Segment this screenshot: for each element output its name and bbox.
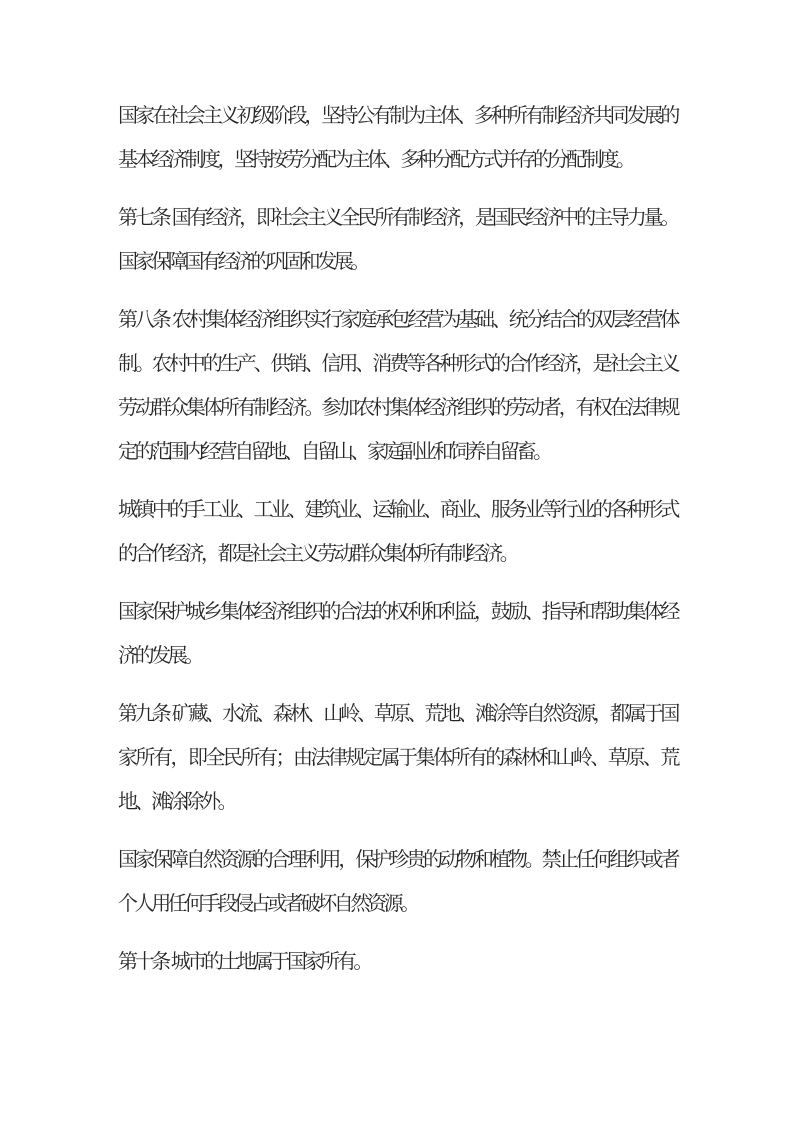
paragraph-3-article-8: 第八条 农村集体经济组织实行家庭承包经营为基础、统分结合的双层经营体制。农村中的… (118, 297, 677, 473)
document-body: 国家在社会主义初级阶段，坚持公有制为主体、多种所有制经济共同发展的基本经济制度，… (118, 93, 677, 983)
paragraph-4: 城镇中的手工业、工业、建筑业、运输业、商业、服务业等行业的各种形式的合作经济，都… (118, 487, 677, 575)
document-page: 国家在社会主义初级阶段，坚持公有制为主体、多种所有制经济共同发展的基本经济制度，… (0, 0, 793, 1122)
paragraph-7: 国家保障自然资源的合理利用，保护珍贵的动物和植物。禁止任何组织或者个人用任何手段… (118, 837, 677, 925)
paragraph-5: 国家保护城乡集体经济组织的合法的权利和利益，鼓励、指导和帮助集体经济的发展。 (118, 589, 677, 677)
paragraph-2-article-7: 第七条 国有经济，即社会主义全民所有制经济，是国民经济中的主导力量。国家保障国有… (118, 195, 677, 283)
paragraph-8-article-10: 第十条 城市的土地属于国家所有。 (118, 939, 677, 983)
paragraph-6-article-9: 第九条 矿藏、水流、森林、山岭、草原、荒地、滩涂等自然资源，都属于国家所有，即全… (118, 691, 677, 823)
paragraph-1: 国家在社会主义初级阶段，坚持公有制为主体、多种所有制经济共同发展的基本经济制度，… (118, 93, 677, 181)
